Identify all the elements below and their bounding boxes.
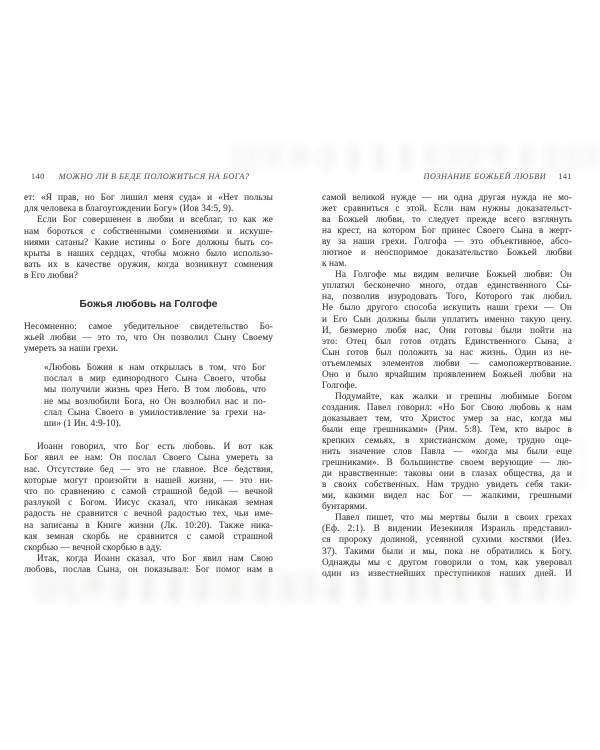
text-line: Бог явил ее нам: Он послал Своего Сына у… xyxy=(24,453,273,464)
text-line: жет сравниться с этой. Если нам нужны до… xyxy=(322,204,572,215)
text-line: На Голгофе мы видим величие Божьей любви… xyxy=(322,270,572,281)
text-line: крыты в наших сердцах, чтобы можно было … xyxy=(24,249,273,260)
running-header-right: ПОЗНАНИЕ БОЖЬЕЙ ЛЮБВИ 141 xyxy=(322,172,572,184)
text-line: скорбью — вечной скорбью в аду. xyxy=(24,543,273,554)
running-title-right: ПОЗНАНИЕ БОЖЬЕЙ ЛЮБВИ xyxy=(424,172,547,181)
section-heading: Божья любовь на Голгофе xyxy=(24,299,273,310)
text-line: Голгофе. xyxy=(322,381,572,392)
text-line: нить значение слов Павла — «когда мы был… xyxy=(322,447,572,458)
text-line: разлукой с Богом. Иисус сказал, что ника… xyxy=(24,498,273,509)
paragraph: самой великой нужде — ни одна другая нуж… xyxy=(322,193,572,270)
text-line: на записаны в Книге жизни (Лк. 10:20). Т… xyxy=(24,521,273,532)
text-line: Иоанн говорил, что Бог есть любовь. И во… xyxy=(24,442,273,453)
text-line: уплатил бесконечно много, отдав единстве… xyxy=(322,281,572,292)
text-line: крепких семьях, в христианском доме, тру… xyxy=(322,436,572,447)
running-title-left: МОЖНО ЛИ В БЕДЕ ПОЛОЖИТЬСЯ НА БОГА? xyxy=(59,172,250,181)
quote-line: послал в мир единородного Сына Своего, ч… xyxy=(44,374,266,385)
text-line: (Еф. 2:1). В видении Иезекииля Израиль п… xyxy=(322,524,572,535)
text-line: радость не сравнится с вечной радостью т… xyxy=(24,509,273,520)
paragraph: Если Бог совершенен в любви и всеблаг, т… xyxy=(24,215,273,282)
text-line: это: Отец был готов отдать Единственного… xyxy=(322,337,572,348)
text-line: отъемлемых элементов любви — самопожертв… xyxy=(322,359,572,370)
text-line: 37). Такими были и мы, пока не обратилис… xyxy=(322,547,572,558)
text-line: грешниками». В большинстве своем верующи… xyxy=(322,458,572,469)
text-line: Сын готов был положить за нас жизнь. Оди… xyxy=(322,348,572,359)
paragraph: Павел пишет, что мы мертвы были в своих … xyxy=(322,513,572,579)
text-line: нам бороться с собственными сомнениями и… xyxy=(24,227,273,238)
book-page-left: 140 МОЖНО ЛИ В БЕДЕ ПОЛОЖИТЬСЯ НА БОГА? … xyxy=(24,172,273,576)
text-line: что по сравнению с самой страшной бедой … xyxy=(24,487,273,498)
text-line: бунтарями. xyxy=(322,502,572,513)
page-text-left: ет: «Я прав, но Бог лишил меня суда» и «… xyxy=(24,193,273,576)
text-line: на, позволив изуродовать Того, Которого … xyxy=(322,292,572,303)
text-line: ся пророку долиной, усеянной сухими кост… xyxy=(322,535,572,546)
text-line: для человека в благоугождении Богу» (Иов… xyxy=(24,204,273,215)
quote-line: ши» (1 Ин. 4:9-10). xyxy=(44,419,266,430)
text-line: были еще грешниками» (Рим. 5:8). Тем, кт… xyxy=(322,425,572,436)
running-header-left: 140 МОЖНО ЛИ В БЕДЕ ПОЛОЖИТЬСЯ НА БОГА? xyxy=(24,172,273,184)
text-line: Павел пишет, что мы мертвы были в своих … xyxy=(322,513,572,524)
text-line: Не было другого способа искупить наши гр… xyxy=(322,303,572,314)
text-line: ми, какими видел нас Бог — жалкими, греш… xyxy=(322,491,572,502)
text-line: Однажды мы с другом говорили о том, как … xyxy=(322,558,572,569)
paragraph: На Голгофе мы видим величие Божьей любви… xyxy=(322,270,572,392)
page-text-right: самой великой нужде — ни одна другая нуж… xyxy=(322,193,572,580)
text-line: И, безмерно любя нас, Они готовы были по… xyxy=(322,326,572,337)
text-line: ва Божьей любви, то следует прежде всего… xyxy=(322,215,572,226)
page-number-right: 141 xyxy=(558,172,572,181)
text-line: ет: «Я прав, но Бог лишил меня суда» и «… xyxy=(24,193,273,204)
text-line: кая земная скорбь не сравнится с самой с… xyxy=(24,532,273,543)
text-line: и Его Сын должны были уплатить именно та… xyxy=(322,315,572,326)
text-line: нас. Отсутствие бед — это не главное. Вс… xyxy=(24,465,273,476)
text-line: которые могут произойти в нашей жизни, —… xyxy=(24,476,273,487)
text-line: вать их в качестве оружия, когда возникн… xyxy=(24,260,273,271)
text-line: на крест, на котором Бог принес Своего С… xyxy=(322,226,572,237)
block-quote: «Любовь Божия к нам открылась в том, что… xyxy=(44,363,266,430)
text-line: один из известнейших преступников наших … xyxy=(322,569,572,580)
paragraph: Несомненно: самое убедительное свидетель… xyxy=(24,322,273,356)
text-line: умереть за наши грехи. xyxy=(24,344,273,355)
text-line: доказывает тем, что Христос умер за нас,… xyxy=(322,414,572,425)
text-line: Оно и было ярчайшим проявлением Божьей л… xyxy=(322,370,572,381)
text-line: Итак, когда Иоанн сказал, что Бог явил н… xyxy=(24,554,273,565)
book-spread-photo: 140 МОЖНО ЛИ В БЕДЕ ПОЛОЖИТЬСЯ НА БОГА? … xyxy=(0,0,600,750)
text-line: в Его любви? xyxy=(24,271,273,282)
page-number-left: 140 xyxy=(31,172,45,181)
quote-line: слал Сына Своего в умилостивление за гре… xyxy=(44,408,266,419)
paragraph: ет: «Я прав, но Бог лишил меня суда» и «… xyxy=(24,193,273,215)
quote-line: мы получили жизнь чрез Него. В том любов… xyxy=(44,385,266,396)
text-line: ниями сатаны? Какие истины о Боге должны… xyxy=(24,238,273,249)
text-line: Если Бог совершенен в любви и всеблаг, т… xyxy=(24,215,273,226)
scan-noise xyxy=(230,144,600,170)
text-line: к нам. xyxy=(322,259,572,270)
text-line: ди нравственные: таковы они в глазах общ… xyxy=(322,469,572,480)
text-line: ву за наши грехи. Голгофа — это объектив… xyxy=(322,237,572,248)
text-line: в своих собственных. Нам трудно увидеть … xyxy=(322,480,572,491)
text-line: самой великой нужде — ни одна другая нуж… xyxy=(322,193,572,204)
text-line: создания. Павел говорил: «Но Бог Свою лю… xyxy=(322,403,572,414)
text-line: жьей любви — это то, что Он позволил Сын… xyxy=(24,333,273,344)
text-line: лютное и неоспоримое доказательство Божь… xyxy=(322,248,572,259)
quote-line: «Любовь Божия к нам открылась в том, что… xyxy=(44,363,266,374)
quote-line: не мы возлюбили Бога, но Он возлюбил нас… xyxy=(44,397,266,408)
text-line: любовь, послав Сына, он показывал: Бог п… xyxy=(24,565,273,576)
paragraph: Итак, когда Иоанн сказал, что Бог явил н… xyxy=(24,554,273,576)
paragraph: Подумайте, как жалки и грешны любимые Бо… xyxy=(322,392,572,514)
text-line: Подумайте, как жалки и грешны любимые Бо… xyxy=(322,392,572,403)
text-line: Несомненно: самое убедительное свидетель… xyxy=(24,322,273,333)
book-page-right: ПОЗНАНИЕ БОЖЬЕЙ ЛЮБВИ 141 самой великой … xyxy=(322,172,572,580)
paragraph: Иоанн говорил, что Бог есть любовь. И во… xyxy=(24,442,273,554)
